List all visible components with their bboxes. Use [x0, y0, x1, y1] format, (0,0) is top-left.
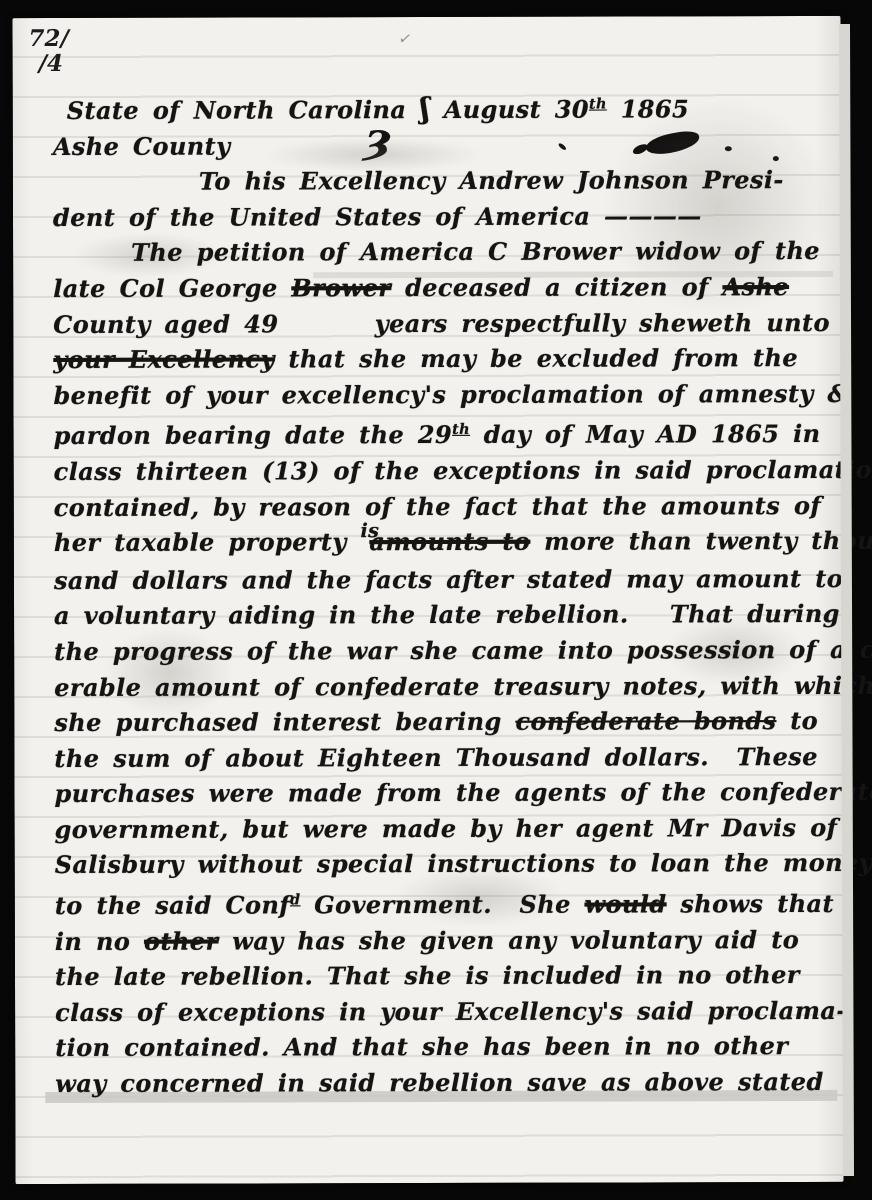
document-line: in no other way has she given any volunt… — [55, 922, 830, 960]
document-line: late Col George Brower deceased a citize… — [53, 269, 828, 307]
document-line: sand dollars and the facts after stated … — [54, 561, 829, 599]
document-line: contained, by reason of the fact that th… — [54, 487, 829, 525]
document-line: Ashe County — [53, 127, 828, 165]
struck-text: other — [144, 926, 219, 955]
handwritten-text: tion contained. And that she has been in… — [55, 1031, 788, 1062]
handwritten-text: dent of the United States of America — [53, 201, 604, 231]
handwritten-text: The petition of America C Brower widow o… — [131, 236, 820, 267]
document-line: purchases were made from the agents of t… — [54, 774, 829, 812]
document-line: a voluntary aiding in the late rebellion… — [54, 596, 829, 634]
scanned-document-page: { "page": { "number_top": "72/", "number… — [0, 0, 872, 1200]
document-line: your Excellency that she may be excluded… — [53, 340, 828, 378]
document-line: erable amount of confederate treasury no… — [54, 667, 829, 705]
handwritten-text: contained, by reason of the fact that th… — [54, 491, 821, 522]
handwritten-text: th — [452, 421, 470, 438]
pencil-check-icon: ✓ — [397, 28, 413, 49]
handwritten-text: way concerned in said rebellion save as … — [55, 1067, 823, 1098]
document-line: Salisbury without special instructions t… — [55, 845, 830, 883]
handwritten-text: To his Excellency Andrew Johnson Presi- — [199, 165, 784, 196]
document-line: the late rebellion. That she is included… — [55, 957, 830, 995]
handwritten-text: the late rebellion. That she is included… — [55, 960, 800, 991]
handwritten-text: erable amount of confederate treasury no… — [54, 670, 872, 701]
struck-text: amounts to — [369, 527, 530, 556]
struck-text: Brower — [291, 273, 391, 302]
handwritten-text: a voluntary aiding in the late rebellion… — [54, 599, 840, 630]
handwritten-text: her taxable property — [54, 527, 361, 557]
handwritten-text: the sum of about Eighteen Thousand dolla… — [54, 742, 818, 773]
document-line: to the said Confd Government. She would … — [55, 881, 830, 924]
handwritten-text: that she may be excluded from the — [275, 343, 798, 373]
document-line: way concerned in said rebellion save as … — [55, 1064, 830, 1102]
handwritten-text: in no — [55, 926, 144, 955]
document-line: the progress of the war she came into po… — [54, 632, 829, 670]
document-line: she purchased interest bearing confedera… — [54, 703, 829, 741]
page-number-top: 72/ — [28, 26, 68, 51]
handwritten-text: government, but were made by her agent M… — [55, 813, 838, 844]
handwritten-text: class of exceptions in your Excellency's… — [55, 996, 847, 1027]
struck-text: Ashe — [722, 272, 789, 301]
handwritten-text: d — [290, 891, 301, 908]
handwritten-text: pardon bearing date the 29 — [54, 420, 453, 450]
handwritten-text: to the said Conf — [55, 890, 290, 920]
handwritten-text: 1865 — [607, 94, 689, 123]
document-line: State of North Carolina ʃ August 30th 18… — [67, 86, 828, 129]
handwritten-text: to — [776, 706, 818, 735]
document-line: class thirteen (13) of the exceptions in… — [54, 452, 829, 490]
handwritten-text: she purchased interest bearing — [54, 707, 515, 737]
handwritten-text: State of North Carolina — [67, 95, 420, 125]
document-line: government, but were made by her agent M… — [55, 810, 830, 848]
document-line: The petition of America C Brower widow o… — [131, 233, 828, 270]
page-number-bottom: /4 — [39, 51, 69, 76]
handwritten-text: class thirteen (13) of the exceptions in… — [54, 455, 872, 486]
text-block: State of North Carolina ʃ August 30th 18… — [53, 86, 831, 1102]
handwritten-text: Ashe County — [53, 131, 231, 160]
struck-text: confederate bonds — [515, 706, 776, 736]
struck-text: would — [584, 889, 666, 918]
document-line: the sum of about Eighteen Thousand dolla… — [54, 739, 829, 777]
handwritten-text: August 30 — [430, 95, 589, 124]
handwritten-text: shows that — [667, 889, 835, 918]
handwritten-text: sand dollars and the facts after stated … — [54, 564, 843, 595]
handwritten-text: is — [360, 513, 379, 549]
handwritten-text: deceased a citizen of — [391, 272, 722, 302]
paper-sheet: 72/ /4 ✓ ȝ State of North Carolina ʃ Aug… — [12, 16, 843, 1184]
handwritten-text: purchases were made from the agents of t… — [54, 777, 872, 808]
handwritten-text: more than twenty thou — [530, 526, 872, 556]
page-number: 72/ /4 — [28, 26, 69, 76]
handwritten-text: way has she given any voluntary aid to — [218, 925, 799, 956]
handwritten-text: County aged 49 years respectfully shewet… — [53, 308, 830, 339]
struck-text: your Excellency — [53, 345, 274, 375]
handwritten-text: late Col George — [53, 273, 291, 303]
handwritten-text: Salisbury without special instructions t… — [55, 848, 872, 879]
document-line: County aged 49 years respectfully shewet… — [53, 305, 828, 343]
document-line: To his Excellency Andrew Johnson Presi- — [199, 162, 828, 199]
document-line: benefit of your excellency's proclamatio… — [53, 376, 828, 414]
handwritten-text: benefit of your excellency's proclamatio… — [53, 379, 849, 410]
handwritten-text: day of May AD 1865 in — [470, 419, 820, 449]
handwritten-text: Government. She — [300, 890, 584, 920]
handwritten-text: ʃ — [420, 91, 430, 125]
document-line: tion contained. And that she has been in… — [55, 1028, 830, 1066]
document-line: her taxable property isamounts to more t… — [54, 523, 829, 563]
document-line: class of exceptions in your Excellency's… — [55, 993, 830, 1031]
document-line: pardon bearing date the 29th day of May … — [54, 411, 829, 454]
handwritten-text: the progress of the war she came into po… — [54, 635, 872, 666]
handwritten-text: ———— — [604, 201, 702, 230]
document-line: dent of the United States of America ———… — [53, 198, 828, 236]
handwritten-text: th — [589, 96, 607, 113]
